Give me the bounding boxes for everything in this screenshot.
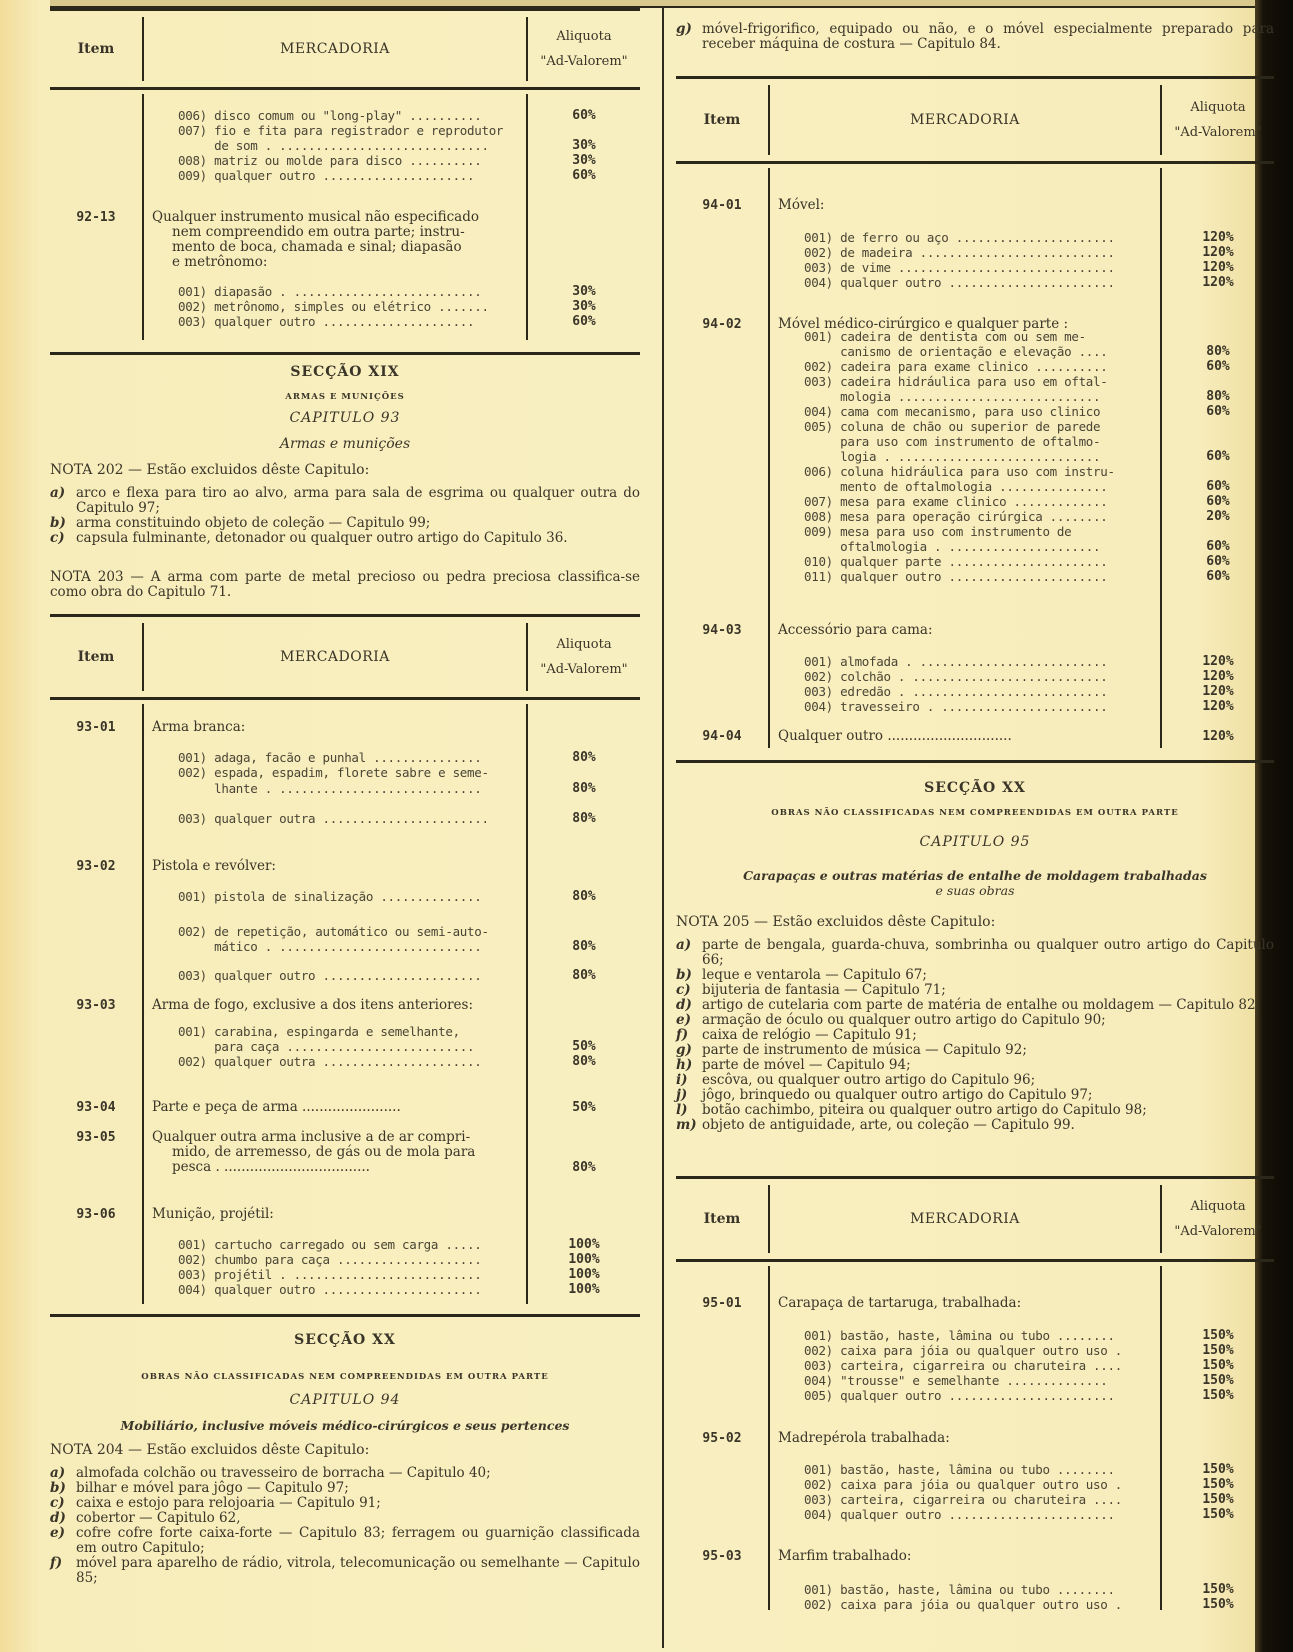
item-code: 92-13 <box>50 210 142 225</box>
note-text: capsula fulminante, detonador ou qualque… <box>76 531 640 546</box>
section-title: SECÇÃO XIX <box>50 364 640 380</box>
aliquota-rate: 80% <box>528 889 640 904</box>
mercadoria-text: 008) mesa para operação cirúrgica ......… <box>804 509 1107 524</box>
mercadoria-text: Marfim trabalhado: <box>778 1549 911 1564</box>
mercadoria-text: 011) qualquer outro ....................… <box>804 569 1107 584</box>
mercadoria-text: 001) cadeira de dentista com ou sem me- <box>804 329 1086 344</box>
header-aliquota-label: Aliquota <box>556 637 611 652</box>
mercadoria-text: Accessório para cama: <box>778 623 933 638</box>
aliquota-rate: 60% <box>1162 449 1274 464</box>
header-aliquota-label: Aliquota <box>556 29 611 44</box>
aliquota-rate: 30% <box>528 299 640 314</box>
item-code: 93-01 <box>50 720 142 735</box>
mercadoria-text: lhante . ............................ <box>178 781 481 796</box>
item-code: 94-01 <box>676 198 768 213</box>
mercadoria-text: Arma branca: <box>152 720 245 735</box>
table-header: Item MERCADORIA Aliquota "Ad-Valorem" <box>676 76 1274 164</box>
mercadoria-text: para uso com instrumento de oftalmo- <box>804 434 1100 449</box>
header-ad-valorem-label: "Ad-Valorem" <box>540 54 627 69</box>
column-divider <box>662 8 664 1648</box>
note-item: j)jôgo, brinquedo ou qualquer outro arti… <box>676 1088 1274 1103</box>
note-text: botão cachimbo, piteira ou qualquer outr… <box>702 1103 1274 1118</box>
mercadoria-text: 001) cartucho carregado ou sem carga ...… <box>178 1237 481 1252</box>
note-letter: i) <box>676 1073 702 1088</box>
mercadoria-text: oftalmologia . ..................... <box>804 539 1100 554</box>
note-item: a)parte de bengala, guarda-chuva, sombri… <box>676 938 1274 968</box>
mercadoria-text: Móvel: <box>778 198 824 213</box>
note-text: leque e ventarola — Capitulo 67; <box>702 968 1274 983</box>
note-letter: b) <box>50 1481 76 1496</box>
section-subtitle: OBRAS NÃO CLASSIFICADAS NEM COMPREENDIDA… <box>676 808 1274 818</box>
item-code: 93-06 <box>50 1207 142 1222</box>
note-text: arma constituindo objeto de coleção — Ca… <box>76 516 640 531</box>
mercadoria-text: Qualquer instrumento musical não especif… <box>152 210 479 225</box>
chapter-subtitle-line2: e suas obras <box>676 883 1274 898</box>
mercadoria-text: 002) qualquer outra ....................… <box>178 1054 481 1069</box>
mercadoria-text: canismo de orientação e elevação .... <box>804 344 1107 359</box>
mercadoria-text: 003) cadeira hidráulica para uso em ofta… <box>804 374 1107 389</box>
tariff-table-95: 95-01Carapaça de tartaruga, trabalhada:0… <box>676 1266 1274 1610</box>
mercadoria-text: 003) edredão . .........................… <box>804 684 1107 699</box>
aliquota-rate: 120% <box>1162 669 1274 684</box>
mercadoria-text: 007) mesa para exame clinico ...........… <box>804 494 1107 509</box>
header-ad-valorem-label: "Ad-Valorem" <box>1174 125 1261 140</box>
aliquota-rate: 100% <box>528 1267 640 1282</box>
mercadoria-text: 001) pistola de sinalização ............… <box>178 889 481 904</box>
aliquota-rate: 80% <box>528 1054 640 1069</box>
aliquota-rate: 120% <box>1162 245 1274 260</box>
mercadoria-text: 002) metrônomo, simples ou elétrico ....… <box>178 299 489 314</box>
nota-205-list: a)parte de bengala, guarda-chuva, sombri… <box>676 938 1274 1133</box>
section-rule <box>50 1314 640 1317</box>
note-item: a)arco e flexa para tiro ao alvo, arma p… <box>50 486 640 516</box>
chapter-94-subtitle: Mobiliário, inclusive móveis médico-cirú… <box>50 1418 640 1433</box>
header-aliquota: Aliquota "Ad-Valorem" <box>528 11 640 87</box>
chapter-subtitle: Armas e munições <box>50 436 640 452</box>
nota-204-title: NOTA 204 — Estão excluidos dêste Capitul… <box>50 1442 369 1458</box>
note-item: i)escôva, ou qualquer outro artigo do Ca… <box>676 1073 1274 1088</box>
note-item: c)bijuteria de fantasia — Capitulo 71; <box>676 983 1274 998</box>
aliquota-rate: 60% <box>528 108 640 123</box>
mercadoria-text: 004) "trousse" e semelhante ............… <box>804 1373 1107 1388</box>
nota-205-title: NOTA 205 — Estão excluidos dêste Capitul… <box>676 914 995 930</box>
aliquota-rate: 80% <box>528 939 640 954</box>
column-rule <box>768 1266 770 1610</box>
header-ad-valorem-label: "Ad-Valorem" <box>540 662 627 677</box>
nota-202-title: NOTA 202 — Estão excluidos dêste Capitul… <box>50 462 369 478</box>
note-letter: d) <box>676 998 702 1013</box>
note-text: caixa e estojo para relojoaria — Capitul… <box>76 1496 640 1511</box>
note-item: b)arma constituindo objeto de coleção — … <box>50 516 640 531</box>
mercadoria-text: Parte e peça de arma ...................… <box>152 1100 401 1115</box>
aliquota-rate: 30% <box>528 153 640 168</box>
aliquota-rate: 30% <box>528 138 640 153</box>
nota-203: NOTA 203 — A arma com parte de metal pre… <box>50 570 640 600</box>
item-code: 95-01 <box>676 1296 768 1311</box>
section-rule <box>676 760 1274 763</box>
chapter-93-subtitle: Armas e munições <box>50 436 640 452</box>
chapter-title: CAPITULO 93 <box>50 410 640 426</box>
header-aliquota: Aliquota "Ad-Valorem" <box>1162 1179 1274 1259</box>
aliquota-rate: 120% <box>1162 699 1274 714</box>
aliquota-rate: 120% <box>1162 230 1274 245</box>
mercadoria-text: 003) projétil . ........................… <box>178 1267 481 1282</box>
note-item: c)capsula fulminante, detonador ou qualq… <box>50 531 640 546</box>
note-letter: e) <box>676 1013 702 1028</box>
note-text: móvel-frigorifico, equipado ou não, e o … <box>702 22 1274 52</box>
aliquota-rate: 60% <box>1162 539 1274 554</box>
note-item: h)parte de móvel — Capitulo 94; <box>676 1058 1274 1073</box>
aliquota-rate: 120% <box>1162 275 1274 290</box>
mercadoria-text: 001) bastão, haste, lâmina ou tubo .....… <box>804 1582 1115 1597</box>
aliquota-rate: 150% <box>1162 1358 1274 1373</box>
note-item: d)artigo de cutelaria com parte de matér… <box>676 998 1274 1013</box>
aliquota-rate: 100% <box>528 1252 640 1267</box>
mercadoria-text: mido, de arremesso, de gás ou de mola pa… <box>172 1145 475 1160</box>
nota-202-list: a)arco e flexa para tiro ao alvo, arma p… <box>50 486 640 546</box>
note-text: almofada colchão ou travesseiro de borra… <box>76 1466 640 1481</box>
note-item: g)parte de instrumento de música — Capit… <box>676 1043 1274 1058</box>
mercadoria-text: 006) coluna hidráulica para uso com inst… <box>804 464 1115 479</box>
note-item: a)almofada colchão ou travesseiro de bor… <box>50 1466 640 1481</box>
column-rule <box>142 704 144 1304</box>
header-aliquota-label: Aliquota <box>1190 1199 1245 1214</box>
note-item: b)bilhar e móvel para jôgo — Capitulo 97… <box>50 1481 640 1496</box>
chapter-93-heading: CAPITULO 93 <box>50 410 640 426</box>
note-text: parte de instrumento de música — Capitul… <box>702 1043 1274 1058</box>
header-item: Item <box>676 79 768 161</box>
mercadoria-text: 004) qualquer outro ....................… <box>804 1507 1115 1522</box>
note-text: parte de bengala, guarda-chuva, sombrinh… <box>702 938 1274 968</box>
mercadoria-text: 002) de madeira ........................… <box>804 245 1115 260</box>
note-letter: a) <box>676 938 702 968</box>
item-code: 93-03 <box>50 998 142 1013</box>
mercadoria-text: mento de boca, chamada e sinal; diapasão <box>172 240 462 255</box>
mercadoria-text: 004) qualquer outro ....................… <box>804 275 1115 290</box>
note-letter: g) <box>676 1043 702 1058</box>
item-code: 94-03 <box>676 623 768 638</box>
item-code: 94-02 <box>676 317 768 332</box>
section-subtitle: ARMAS E MUNIÇÕES <box>50 392 640 402</box>
mercadoria-text: 008) matriz ou molde para disco ........… <box>178 153 481 168</box>
header-aliquota: Aliquota "Ad-Valorem" <box>528 617 640 697</box>
aliquota-rate: 150% <box>1162 1477 1274 1492</box>
note-text: cobertor — Capitulo 62, <box>76 1511 640 1526</box>
nota-203-text: NOTA 203 — A arma com parte de metal pre… <box>50 570 640 600</box>
chapter-95-subtitle: Carapaças e outras matérias de entalhe d… <box>676 868 1274 898</box>
aliquota-rate: 80% <box>1162 344 1274 359</box>
aliquota-rate: 100% <box>528 1282 640 1297</box>
note-letter: l) <box>676 1103 702 1118</box>
note-item: b)leque e ventarola — Capitulo 67; <box>676 968 1274 983</box>
note-item: e)armação de óculo ou qualquer outro art… <box>676 1013 1274 1028</box>
header-item: Item <box>50 11 142 87</box>
note-item: f)caixa de relógio — Capitulo 91; <box>676 1028 1274 1043</box>
mercadoria-text: 004) qualquer outro ....................… <box>178 1282 481 1297</box>
mercadoria-text: logia . ............................ <box>804 449 1100 464</box>
mercadoria-text: 001) de ferro ou aço ...................… <box>804 230 1115 245</box>
mercadoria-text: 002) colchão . .........................… <box>804 669 1107 684</box>
mercadoria-text: Qualquer outro .........................… <box>778 729 1012 744</box>
note-item: c)caixa e estojo para relojoaria — Capit… <box>50 1496 640 1511</box>
header-item: Item <box>50 617 142 697</box>
item-code: 95-02 <box>676 1431 768 1446</box>
mercadoria-text: 001) diapasão . ........................… <box>178 284 481 299</box>
item-code: 93-05 <box>50 1130 142 1145</box>
aliquota-rate: 150% <box>1162 1373 1274 1388</box>
note-letter: c) <box>50 531 76 546</box>
mercadoria-text: 001) carabina, espingarda e semelhante, <box>178 1024 460 1039</box>
nota-204-list: a)almofada colchão ou travesseiro de bor… <box>50 1466 640 1586</box>
column-rule <box>768 168 770 748</box>
aliquota-rate: 120% <box>1162 260 1274 275</box>
header-mercadoria: MERCADORIA <box>142 623 528 691</box>
mercadoria-text: e metrônomo: <box>172 255 267 270</box>
section-xx-heading: SECÇÃO XX <box>676 780 1274 796</box>
mercadoria-text: 001) bastão, haste, lâmina ou tubo .....… <box>804 1328 1115 1343</box>
note-letter: h) <box>676 1058 702 1073</box>
note-letter: j) <box>676 1088 702 1103</box>
mercadoria-text: 006) disco comum ou "long-play" ........… <box>178 108 481 123</box>
mercadoria-text: 002) caixa para jóia ou qualquer outro u… <box>804 1597 1122 1612</box>
note-item: d)cobertor — Capitulo 62, <box>50 1511 640 1526</box>
header-ad-valorem-label: "Ad-Valorem" <box>1174 1224 1261 1239</box>
mercadoria-text: 007) fio e fita para registrador e repro… <box>178 123 503 138</box>
note-text: escôva, ou qualquer outro artigo do Capi… <box>702 1073 1274 1088</box>
note-letter: f) <box>676 1028 702 1043</box>
chapter-title: CAPITULO 95 <box>676 834 1274 850</box>
mercadoria-text: Pistola e revólver: <box>152 859 276 874</box>
header-aliquota: Aliquota "Ad-Valorem" <box>1162 79 1274 161</box>
section-xx-heading: SECÇÃO XX <box>50 1332 640 1348</box>
mercadoria-text: 002) chumbo para caça ..................… <box>178 1252 481 1267</box>
aliquota-rate: 150% <box>1162 1507 1274 1522</box>
aliquota-rate: 60% <box>528 168 640 183</box>
section-title: SECÇÃO XX <box>676 780 1274 796</box>
mercadoria-text: mologia ............................ <box>804 389 1100 404</box>
aliquota-rate: 60% <box>1162 404 1274 419</box>
table-header: Item MERCADORIA Aliquota "Ad-Valorem" <box>50 8 640 90</box>
aliquota-rate: 120% <box>1162 729 1274 744</box>
tariff-table-94: 94-01Móvel:001) de ferro ou aço ........… <box>676 168 1274 748</box>
chapter-subtitle-line1: Carapaças e outras matérias de entalhe d… <box>676 868 1274 883</box>
aliquota-rate: 80% <box>528 811 640 826</box>
note-item: e)cofre cofre forte caixa-forte — Capitu… <box>50 1526 640 1556</box>
aliquota-rate: 120% <box>1162 654 1274 669</box>
section-title: SECÇÃO XX <box>50 1332 640 1348</box>
mercadoria-text: 003) de vime ...........................… <box>804 260 1115 275</box>
note-text: bilhar e móvel para jôgo — Capitulo 97; <box>76 1481 640 1496</box>
section-xix-subtitle: ARMAS E MUNIÇÕES <box>50 392 640 402</box>
chapter-94-heading: CAPITULO 94 <box>50 1392 640 1408</box>
note-letter: g) <box>676 22 702 52</box>
aliquota-rate: 120% <box>1162 684 1274 699</box>
aliquota-rate: 60% <box>1162 479 1274 494</box>
mercadoria-text: 002) caixa para jóia ou qualquer outro u… <box>804 1343 1122 1358</box>
mercadoria-text: nem compreendido em outra parte; instru- <box>172 225 465 240</box>
aliquota-rate: 80% <box>528 781 640 796</box>
mercadoria-text: mático . ............................ <box>178 939 481 954</box>
note-letter: e) <box>50 1526 76 1556</box>
mercadoria-text: Arma de fogo, exclusive a dos itens ante… <box>152 998 473 1013</box>
header-mercadoria: MERCADORIA <box>142 17 528 81</box>
mercadoria-text: 003) carteira, cigarreira ou charuteira … <box>804 1358 1122 1373</box>
note-text: artigo de cutelaria com parte de matéria… <box>702 998 1274 1013</box>
mercadoria-text: 009) qualquer outro ....................… <box>178 168 474 183</box>
note-letter: d) <box>50 1511 76 1526</box>
aliquota-rate: 150% <box>1162 1328 1274 1343</box>
note-letter: b) <box>676 968 702 983</box>
mercadoria-text: mento de oftalmologia ............... <box>804 479 1107 494</box>
chapter-title: CAPITULO 94 <box>50 1392 640 1408</box>
aliquota-rate: 80% <box>528 968 640 983</box>
aliquota-rate: 150% <box>1162 1343 1274 1358</box>
mercadoria-text: 005) qualquer outro ....................… <box>804 1388 1115 1403</box>
note-letter: f) <box>50 1556 76 1586</box>
mercadoria-text: Madrepérola trabalhada: <box>778 1431 950 1446</box>
aliquota-rate: 100% <box>528 1237 640 1252</box>
aliquota-rate: 60% <box>1162 494 1274 509</box>
column-rule <box>1160 1266 1162 1610</box>
note-text: bijuteria de fantasia — Capitulo 71; <box>702 983 1274 998</box>
mercadoria-text: Munição, projétil: <box>152 1207 274 1222</box>
aliquota-rate: 150% <box>1162 1492 1274 1507</box>
section-subtitle: OBRAS NÃO CLASSIFICADAS NEM COMPREENDIDA… <box>50 1372 640 1382</box>
mercadoria-text: 002) de repetição, automático ou semi-au… <box>178 924 489 939</box>
aliquota-rate: 50% <box>528 1039 640 1054</box>
nota-204-continued: g) móvel-frigorifico, equipado ou não, e… <box>676 22 1274 52</box>
mercadoria-text: de som . ............................. <box>178 138 489 153</box>
mercadoria-text: Carapaça de tartaruga, trabalhada: <box>778 1296 1021 1311</box>
top-page-edge <box>50 0 1255 8</box>
aliquota-rate: 80% <box>528 1160 640 1175</box>
column-rule <box>142 94 144 340</box>
section-xx-subtitle: OBRAS NÃO CLASSIFICADAS NEM COMPREENDIDA… <box>676 808 1274 818</box>
header-mercadoria: MERCADORIA <box>768 1185 1162 1253</box>
note-text: armação de óculo ou qualquer outro artig… <box>702 1013 1274 1028</box>
aliquota-rate: 150% <box>1162 1462 1274 1477</box>
tariff-table-92: 006) disco comum ou "long-play" ........… <box>50 94 640 340</box>
note-item: l)botão cachimbo, piteira ou qualquer ou… <box>676 1103 1274 1118</box>
header-item: Item <box>676 1179 768 1259</box>
chapter-95-heading: CAPITULO 95 <box>676 834 1274 850</box>
mercadoria-text: 009) mesa para uso com instrumento de <box>804 524 1071 539</box>
section-xx-subtitle: OBRAS NÃO CLASSIFICADAS NEM COMPREENDIDA… <box>50 1372 640 1382</box>
note-letter: c) <box>50 1496 76 1511</box>
aliquota-rate: 60% <box>1162 554 1274 569</box>
chapter-subtitle: Mobiliário, inclusive móveis médico-cirú… <box>50 1418 640 1433</box>
aliquota-rate: 20% <box>1162 509 1274 524</box>
aliquota-rate: 150% <box>1162 1388 1274 1403</box>
aliquota-rate: 60% <box>1162 569 1274 584</box>
note-text: jôgo, brinquedo ou qualquer outro artigo… <box>702 1088 1274 1103</box>
note-text: cofre cofre forte caixa-forte — Capitulo… <box>76 1526 640 1556</box>
mercadoria-text: Qualquer outra arma inclusive a de ar co… <box>152 1130 470 1145</box>
note-item: f)móvel para aparelho de rádio, vitrola,… <box>50 1556 640 1586</box>
mercadoria-text: 003) qualquer outra ....................… <box>178 811 489 826</box>
note-letter: a) <box>50 486 76 516</box>
note-text: caixa de relógio — Capitulo 91; <box>702 1028 1274 1043</box>
section-xix-heading: SECÇÃO XIX <box>50 364 640 380</box>
mercadoria-text: 003) qualquer outro ....................… <box>178 968 481 983</box>
item-code: 95-03 <box>676 1549 768 1564</box>
mercadoria-text: 010) qualquer parte ....................… <box>804 554 1107 569</box>
aliquota-rate: 50% <box>528 1100 640 1115</box>
header-aliquota-label: Aliquota <box>1190 100 1245 115</box>
note-item: m)objeto de antiguidade, arte, ou coleçã… <box>676 1118 1274 1133</box>
mercadoria-text: 003) qualquer outro ....................… <box>178 314 474 329</box>
aliquota-rate: 60% <box>528 314 640 329</box>
note-letter: c) <box>676 983 702 998</box>
aliquota-rate: 80% <box>528 750 640 765</box>
item-code: 93-04 <box>50 1100 142 1115</box>
table-header: Item MERCADORIA Aliquota "Ad-Valorem" <box>50 614 640 700</box>
note-letter: m) <box>676 1118 702 1133</box>
aliquota-rate: 150% <box>1162 1597 1274 1612</box>
mercadoria-text: 001) almofada . ........................… <box>804 654 1107 669</box>
aliquota-rate: 80% <box>1162 389 1274 404</box>
note-letter: a) <box>50 1466 76 1481</box>
mercadoria-text: 002) cadeira para exame clinico ........… <box>804 359 1107 374</box>
section-rule <box>50 352 640 355</box>
mercadoria-text: 003) carteira, cigarreira ou charuteira … <box>804 1492 1122 1507</box>
mercadoria-text: 001) adaga, facão e punhal .............… <box>178 750 481 765</box>
mercadoria-text: 001) bastão, haste, lâmina ou tubo .....… <box>804 1462 1115 1477</box>
aliquota-rate: 30% <box>528 284 640 299</box>
note-text: objeto de antiguidade, arte, ou coleção … <box>702 1118 1274 1133</box>
note-text: parte de móvel — Capitulo 94; <box>702 1058 1274 1073</box>
item-code: 93-02 <box>50 859 142 874</box>
mercadoria-text: 002) caixa para jóia ou qualquer outro u… <box>804 1477 1122 1492</box>
header-mercadoria: MERCADORIA <box>768 85 1162 155</box>
mercadoria-text: 005) coluna de chão ou superior de pared… <box>804 419 1100 434</box>
note-letter: b) <box>50 516 76 531</box>
mercadoria-text: pesca . ................................… <box>172 1160 370 1175</box>
mercadoria-text: 004) travesseiro . .....................… <box>804 699 1107 714</box>
aliquota-rate: 60% <box>1162 359 1274 374</box>
note-text: móvel para aparelho de rádio, vitrola, t… <box>76 1556 640 1586</box>
table-header: Item MERCADORIA Aliquota "Ad-Valorem" <box>676 1176 1274 1262</box>
mercadoria-text: para caça .......................... <box>178 1039 474 1054</box>
item-code: 94-04 <box>676 729 768 744</box>
mercadoria-text: 004) cama com mecanismo, para uso clinic… <box>804 404 1100 419</box>
mercadoria-text: 002) espada, espadim, florete sabre e se… <box>178 765 489 780</box>
tariff-table-93: 93-01Arma branca:001) adaga, facão e pun… <box>50 704 640 1304</box>
note-text: arco e flexa para tiro ao alvo, arma par… <box>76 486 640 516</box>
aliquota-rate: 150% <box>1162 1582 1274 1597</box>
